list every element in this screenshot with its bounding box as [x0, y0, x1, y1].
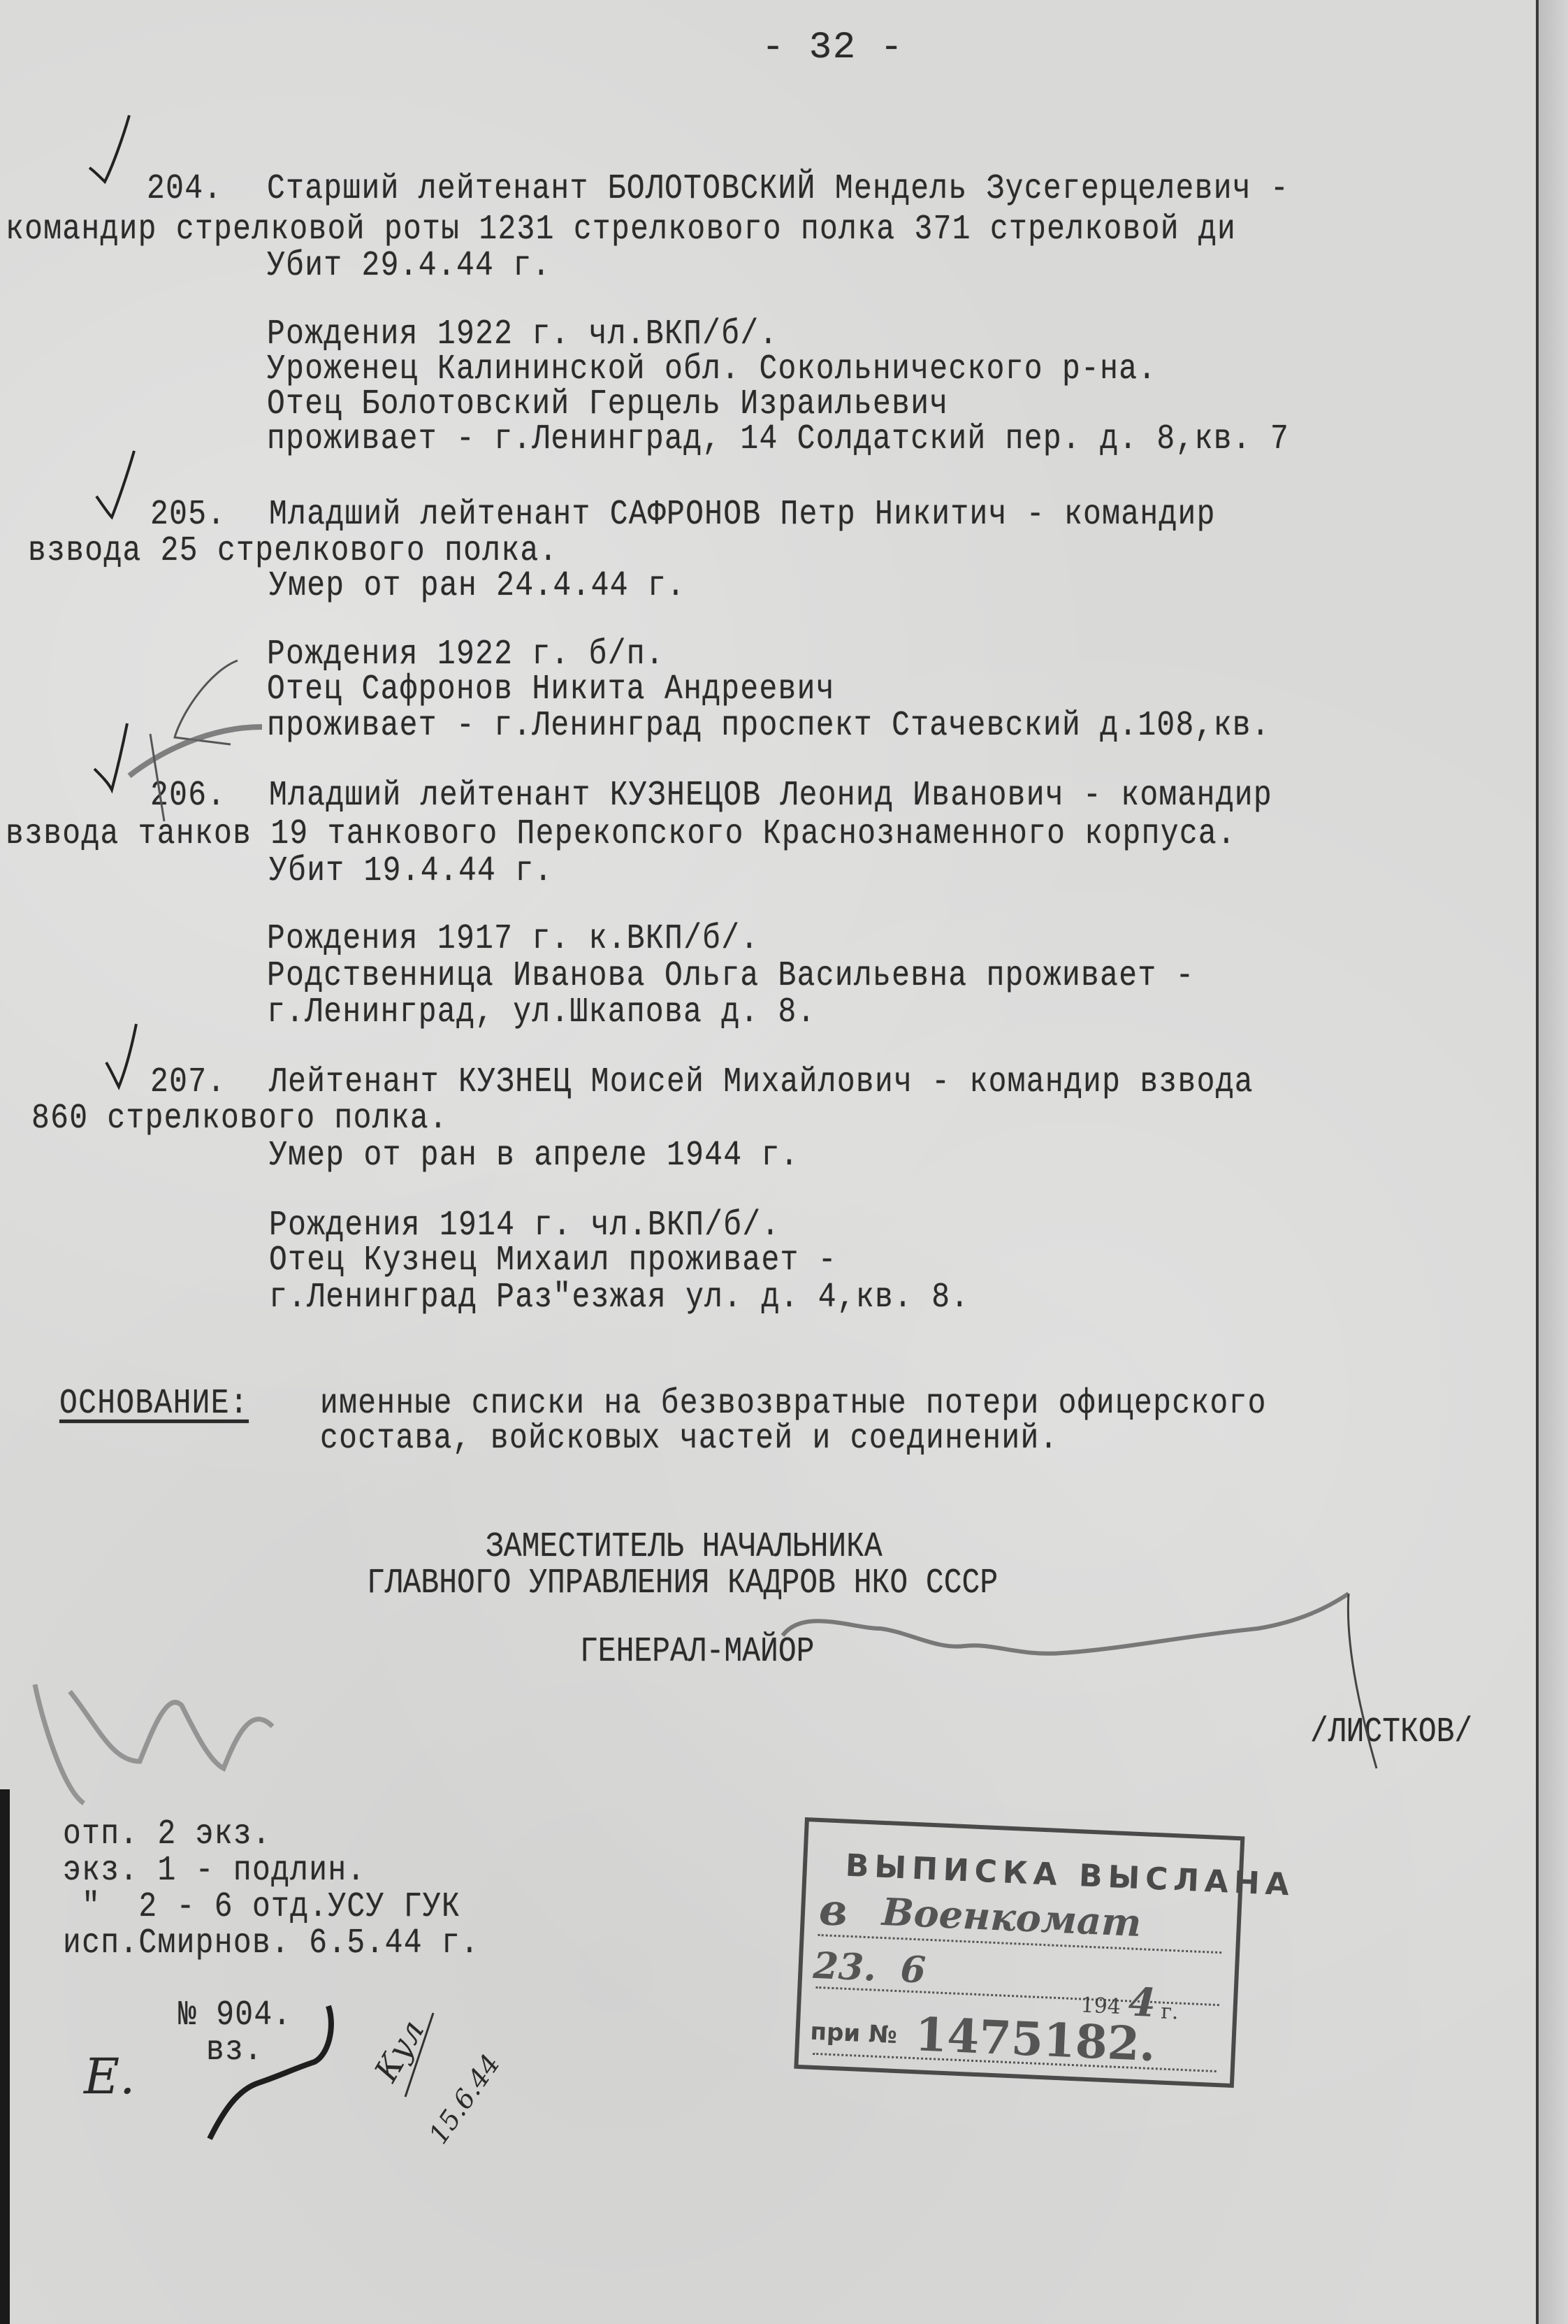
entry-207-number: 207. [150, 1062, 226, 1103]
entry-207-detail-3: г.Ленинград Раз"езжая ул. д. 4,кв. 8. [269, 1278, 969, 1318]
stamp-year-suffix: г. [1161, 1999, 1179, 2024]
stamp-prefix: в [818, 1884, 849, 1936]
entry-207-line-2: 860 стрелкового полка. [31, 1099, 448, 1139]
entry-206-number: 206. [150, 776, 226, 816]
entry-207-line-1: Лейтенант КУЗНЕЦ Моисей Михайлович - ком… [269, 1062, 1254, 1103]
stamp-destination: Военкомат [881, 1889, 1142, 1945]
entry-205-detail-2: Отец Сафронов Никита Андреевич [267, 670, 835, 710]
handwritten-initial: Е. [84, 2048, 135, 2105]
footer-line-1: отп. 2 экз. [63, 1814, 271, 1855]
document-page: - 32 - 204. Старший лейтенант БОЛОТОВСКИ… [0, 0, 1539, 2324]
page-edge [1539, 0, 1568, 2324]
entry-204-line-3: Убит 29.4.44 г. [267, 246, 551, 287]
entry-206-detail-2: Родственница Иванова Ольга Васильевна пр… [267, 956, 1195, 997]
dispatch-stamp: ВЫПИСКА ВЫСЛАНА в Военкомат 23. 6 194 4 … [794, 1817, 1244, 2088]
entry-206-line-3: Убит 19.4.44 г. [269, 851, 553, 892]
signatory-name: /ЛИСТКОВ/ [1310, 1712, 1472, 1753]
pencil-signature-icon [35, 1684, 273, 1803]
scan-edge [0, 1789, 10, 2324]
cross-mark-stroke [175, 661, 238, 744]
stamp-date-month: 6 [899, 1948, 927, 1992]
entry-206-detail-1: Рождения 1917 г. к.ВКП/б/. [267, 919, 759, 960]
entry-206-line-1: Младший лейтенант КУЗНЕЦОВ Леонид Иванов… [269, 776, 1272, 816]
entry-206-line-2: взвода танков 19 танкового Перекопского … [6, 814, 1236, 855]
entry-207-detail-2: Отец Кузнец Михаил проживает - [269, 1241, 837, 1281]
footer-line-3: " 2 - 6 отд.УСУ ГУК [63, 1887, 460, 1928]
footer-abbrev: вз. [206, 2030, 263, 2071]
stamp-number-label: при № [810, 2018, 898, 2049]
page-number: - 32 - [762, 28, 903, 68]
handwritten-note-date: 15.6.44 [423, 2049, 506, 2149]
checkmark-icon [91, 447, 140, 524]
entry-205-line-1: Младший лейтенант САФРОНОВ Петр Никитич … [269, 495, 1216, 535]
signatory-title-line-1: ЗАМЕСТИТЕЛЬ НАЧАЛЬНИКА [486, 1527, 883, 1568]
handwritten-note: Кул [367, 2014, 432, 2088]
signatory-rank: ГЕНЕРАЛ-МАЙОР [580, 1632, 814, 1673]
entry-206-detail-3: г.Ленинград, ул.Шкапова д. 8. [267, 993, 816, 1033]
entry-204-line-1: Старший лейтенант БОЛОТОВСКИЙ Мендель Зу… [267, 169, 1289, 210]
footer-line-4: исп.Смирнов. 6.5.44 г. [63, 1924, 479, 1964]
stamp-date-day: 23. [812, 1944, 877, 1990]
entry-207-line-3: Умер от ран в апреле 1944 г. [269, 1136, 799, 1176]
stamp-dotted-line [815, 1986, 1219, 2006]
checkmark-icon [98, 1020, 147, 1097]
signatory-title-line-2: ГЛАВНОГО УПРАВЛЕНИЯ КАДРОВ НКО СССР [367, 1564, 998, 1604]
checkmark-icon [91, 720, 140, 797]
checkmark-icon [84, 112, 133, 189]
entry-204-detail-4: проживает - г.Ленинград, 14 Солдатский п… [267, 419, 1289, 460]
entry-204-number: 204. [147, 169, 222, 210]
basis-line-2: состава, войсковых частей и соединений. [320, 1419, 1059, 1459]
footer-line-2: экз. 1 - подлин. [63, 1851, 366, 1891]
basis-label: ОСНОВАНИЕ: [59, 1384, 249, 1424]
entry-205-line-3: Умер от ран 24.4.44 г. [269, 566, 685, 607]
entry-205-detail-3: проживает - г.Ленинград проспект Стачевс… [267, 706, 1270, 746]
entry-205-number: 205. [150, 495, 226, 535]
entry-204-line-2: командир стрелковой роты 1231 стрелковог… [6, 210, 1236, 250]
